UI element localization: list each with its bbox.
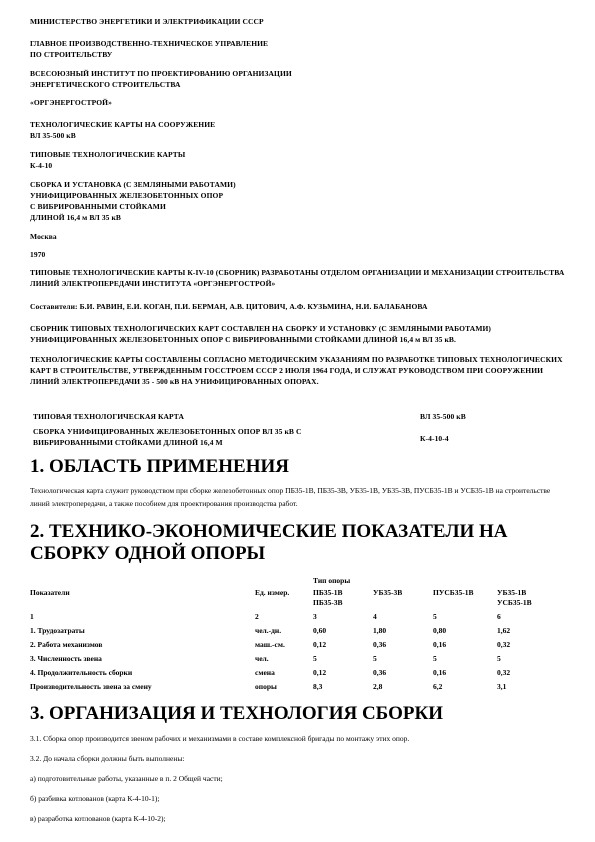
basis-paragraph: ТЕХНОЛОГИЧЕСКИЕ КАРТЫ СОСТАВЛЕНЫ СОГЛАСН… — [30, 354, 570, 387]
institute-line: ВСЕСОЮЗНЫЙ ИНСТИТУТ ПО ПРОЕКТИРОВАНИЮ ОР… — [30, 68, 570, 90]
table-header-type3: ПУСБ35-1В — [433, 588, 497, 612]
table-cell: 0,36 — [373, 668, 433, 682]
series-title: ТЕХНОЛОГИЧЕСКИЕ КАРТЫ НА СООРУЖЕНИЕ ВЛ 3… — [30, 119, 570, 141]
table-row-label: 4. Продолжительность сборки — [30, 668, 255, 682]
year-line: 1970 — [30, 249, 570, 260]
table-cell: 1,80 — [373, 626, 433, 640]
card-header-left: ТИПОВАЯ ТЕХНОЛОГИЧЕСКАЯ КАРТА СБОРКА УНИ… — [30, 411, 415, 448]
table-cell: 0,36 — [373, 640, 433, 654]
section3-paragraph-3-1: 3.1. Сборка опор производится звеном раб… — [30, 733, 570, 745]
card-title: ТИПОВАЯ ТЕХНОЛОГИЧЕСКАЯ КАРТА — [33, 411, 415, 422]
table-colindex: 3 — [313, 612, 373, 626]
card-header-right: ВЛ 35-500 кВ К-4-10-4 — [415, 411, 570, 448]
table-colindex: 5 — [433, 612, 497, 626]
table-cell: 0,16 — [433, 640, 497, 654]
section1-heading: 1. ОБЛАСТЬ ПРИМЕНЕНИЯ — [30, 456, 570, 477]
table-cell: опоры — [255, 682, 313, 696]
table-header-unit: Ед. измер. — [255, 588, 313, 612]
section1-body: Технологическая карта служит руководство… — [30, 485, 570, 510]
table-cell: 6,2 — [433, 682, 497, 696]
table-cell: 0,80 — [433, 626, 497, 640]
cards-code: ТИПОВЫЕ ТЕХНОЛОГИЧЕСКИЕ КАРТЫ К-4-10 — [30, 149, 570, 171]
glavk-line: ГЛАВНОЕ ПРОИЗВОДСТВЕННО-ТЕХНИЧЕСКОЕ УПРА… — [30, 38, 570, 60]
organization-name: «ОРГЭНЕРГОСТРОЙ» — [30, 97, 570, 108]
table-spacer — [30, 576, 313, 588]
table-header-type4: УБ35-1В УСБ35-1В — [497, 588, 570, 612]
table-cell: 0,12 — [313, 668, 373, 682]
table-cell: 5 — [433, 654, 497, 668]
table-cell: 0,60 — [313, 626, 373, 640]
table-header-indicators: Показатели — [30, 588, 255, 612]
table-cell: 5 — [373, 654, 433, 668]
section3-item-v: в) разработка котлованов (карта К-4-10-2… — [30, 813, 570, 825]
table-header-type2: УБ35-3В — [373, 588, 433, 612]
indicators-table: Тип опоры Показатели Ед. измер. ПБ35-1В … — [30, 576, 570, 696]
table-colindex: 2 — [255, 612, 313, 626]
ministry-line: МИНИСТЕРСТВО ЭНЕРГЕТИКИ И ЭЛЕКТРИФИКАЦИИ… — [30, 16, 570, 27]
table-cell: смена — [255, 668, 313, 682]
table-row-label: 3. Численность звена — [30, 654, 255, 668]
table-cell: 5 — [497, 654, 570, 668]
table-cell: 0,12 — [313, 640, 373, 654]
table-cell: 0,16 — [433, 668, 497, 682]
table-cell: чел.-дн. — [255, 626, 313, 640]
table-cell: 5 — [313, 654, 373, 668]
table-cell: 0,32 — [497, 668, 570, 682]
table-row-label: 1. Трудозатраты — [30, 626, 255, 640]
table-cell: маш.-см. — [255, 640, 313, 654]
section3-paragraph-3-2: 3.2. До начала сборки должны быть выполн… — [30, 753, 570, 765]
table-cell: 2,8 — [373, 682, 433, 696]
card-subtitle: СБОРКА УНИФИЦИРОВАННЫХ ЖЕЛЕЗОБЕТОННЫХ ОП… — [33, 426, 415, 448]
table-row-label: 2. Работа механизмов — [30, 640, 255, 654]
table-cell: 0,32 — [497, 640, 570, 654]
document-title: СБОРКА И УСТАНОВКА (С ЗЕМЛЯНЫМИ РАБОТАМИ… — [30, 179, 570, 223]
table-cell: 8,3 — [313, 682, 373, 696]
section3-heading: 3. ОРГАНИЗАЦИЯ И ТЕХНОЛОГИЯ СБОРКИ — [30, 703, 570, 724]
card-series: ВЛ 35-500 кВ — [420, 411, 570, 422]
section2-heading: 2. ТЕХНИКО-ЭКОНОМИЧЕСКИЕ ПОКАЗАТЕЛИ НА С… — [30, 521, 570, 565]
table-group-header: Тип опоры — [313, 576, 570, 588]
table-cell: 1,62 — [497, 626, 570, 640]
table-colindex: 4 — [373, 612, 433, 626]
table-cell: 3,1 — [497, 682, 570, 696]
table-colindex: 1 — [30, 612, 255, 626]
card-header: ТИПОВАЯ ТЕХНОЛОГИЧЕСКАЯ КАРТА СБОРКА УНИ… — [30, 411, 570, 448]
developed-by-paragraph: ТИПОВЫЕ ТЕХНОЛОГИЧЕСКИЕ КАРТЫ К-IV-10 (С… — [30, 267, 570, 289]
document-page: МИНИСТЕРСТВО ЭНЕРГЕТИКИ И ЭЛЕКТРИФИКАЦИИ… — [0, 0, 595, 842]
section3-item-a: а) подготовительные работы, указанные в … — [30, 773, 570, 785]
scope-paragraph: СБОРНИК ТИПОВЫХ ТЕХНОЛОГИЧЕСКИХ КАРТ СОС… — [30, 323, 570, 345]
table-colindex: 6 — [497, 612, 570, 626]
table-row-label: Производительность звена за смену — [30, 682, 255, 696]
table-header-type1: ПБ35-1В ПБ35-3В — [313, 588, 373, 612]
city-line: Москва — [30, 231, 570, 242]
section3-item-b: б) разбивка котлованов (карта К-4-10-1); — [30, 793, 570, 805]
compilers-line: Составители: Б.И. РАВИН, Е.И. КОГАН, П.И… — [30, 301, 570, 312]
card-code: К-4-10-4 — [420, 433, 570, 444]
table-cell: чел. — [255, 654, 313, 668]
